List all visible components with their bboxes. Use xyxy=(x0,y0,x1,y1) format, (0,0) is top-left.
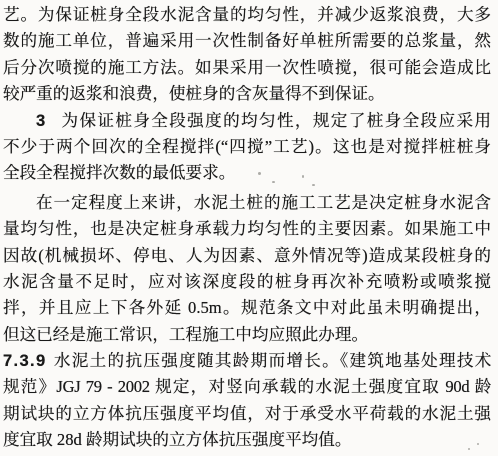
text-segment: 水泥土的抗压强度随其龄期而增长。《建筑地基处理技术 xyxy=(52,351,491,370)
paragraph-item-3: 3为保证桩身全段强度的均匀性，规定了桩身全段应采用 不少于两个回次的全程搅拌(“… xyxy=(3,108,491,187)
text-line: 7.3.9水泥土的抗压强度随其龄期而增长。《建筑地基处理技术 xyxy=(3,348,491,374)
scan-speck xyxy=(258,172,261,175)
text-line: 拌，并且应上下各外延 0.5m。规范条文中对此虽未明确提出， xyxy=(3,295,491,321)
text-line: 量均匀性，也是决定桩身承载力均匀性的主要因素。如果施工中 xyxy=(3,216,491,242)
text-line: 度宜取 28d 龄期试块的立方体抗压强度平均值。 xyxy=(3,427,491,453)
section-number: 7.3.9 xyxy=(3,351,47,370)
scan-speck xyxy=(468,448,470,450)
paragraph-commentary: 在一定程度上来讲，水泥土桩的施工工艺是决定桩身水泥含 量均匀性，也是决定桩身承载… xyxy=(3,190,491,348)
scan-speck xyxy=(377,8,379,10)
text-segment: 为保证桩身全段强度的均匀性，规定了桩身全段应采用 xyxy=(60,111,491,130)
text-line: 全段全程搅拌次数的最低要求。 xyxy=(3,160,491,186)
document-page: 艺。为保证桩身全段水泥含量的均匀性，并减少返浆浪费，大多 数的施工单位，普遍采用… xyxy=(0,0,498,456)
text-line: 艺。为保证桩身全段水泥含量的均匀性，并减少返浆浪费，大多 xyxy=(3,2,491,28)
text-line: 规范》JGJ 79 - 2002 规定，对竖向承载的水泥土强度宜取 90d 龄 xyxy=(3,374,491,400)
text-line: 3为保证桩身全段强度的均匀性，规定了桩身全段应采用 xyxy=(3,108,491,134)
text-line: 数的施工单位，普遍采用一次性制备好单桩所需要的总浆量，然 xyxy=(3,28,491,54)
scan-speck xyxy=(272,181,275,183)
scan-speck xyxy=(312,184,315,186)
text-line: 在一定程度上来讲，水泥土桩的施工工艺是决定桩身水泥含 xyxy=(3,190,491,216)
section-7-3-9: 7.3.9水泥土的抗压强度随其龄期而增长。《建筑地基处理技术 规范》JGJ 79… xyxy=(3,348,491,454)
text-line: 较严重的返浆和浪费，使桩身的含灰量得不到保证。 xyxy=(3,81,491,107)
item-number: 3 xyxy=(36,111,45,130)
text-line: 但这已经是施工常识，工程施工中均应照此办理。 xyxy=(3,322,491,348)
text-line: 期试块的立方体抗压强度平均值，对于承受水平荷载的水泥土强 xyxy=(3,401,491,427)
text-line: 不少于两个回次的全程搅拌(“四搅”工艺)。这也是对搅拌桩桩身 xyxy=(3,134,491,160)
text-line: 因故(机械损坏、停电、人为因素、意外情况等)造成某段桩身的 xyxy=(3,243,491,269)
scan-speck xyxy=(477,443,479,445)
scan-speck xyxy=(293,10,295,12)
scan-speck xyxy=(302,175,304,178)
paragraph-continuation: 艺。为保证桩身全段水泥含量的均匀性，并减少返浆浪费，大多 数的施工单位，普遍采用… xyxy=(3,2,491,108)
text-line: 后分次喷搅的施工方法。如果采用一次性喷搅，很可能会造成比 xyxy=(3,55,491,81)
text-line: 水泥含量不足时，应对该深度段的桩身再次补充喷粉或喷浆搅 xyxy=(3,269,491,295)
